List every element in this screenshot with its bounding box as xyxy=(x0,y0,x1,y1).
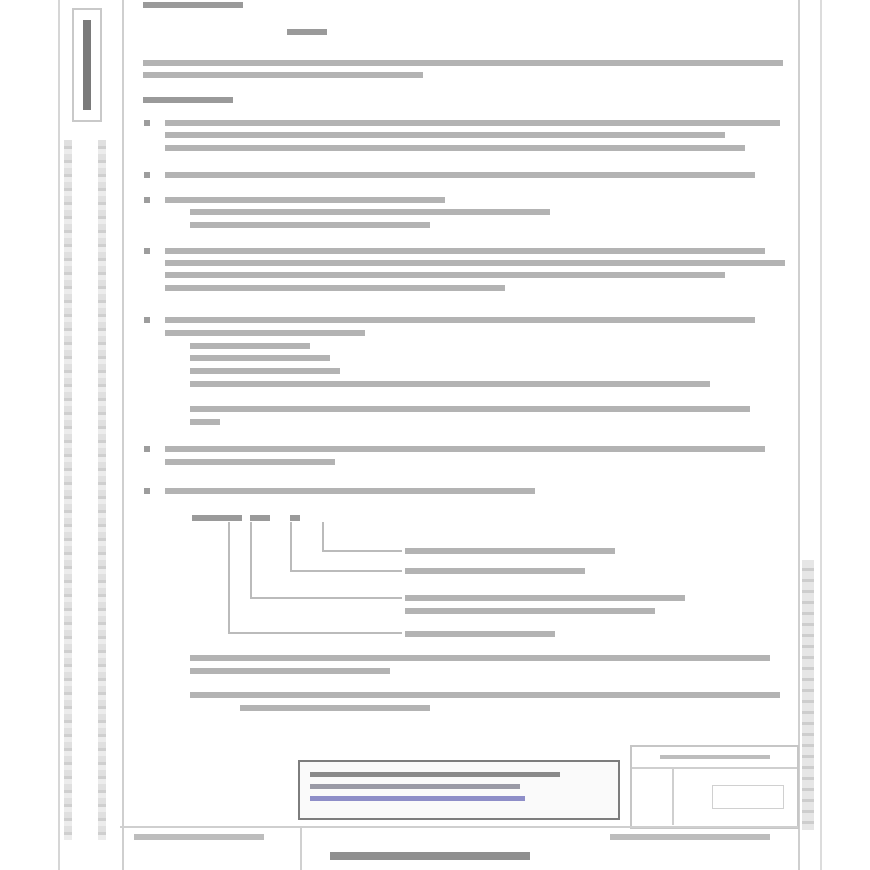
text-line xyxy=(405,631,555,637)
text-line xyxy=(190,381,710,387)
text-line xyxy=(190,368,340,374)
text-line xyxy=(190,209,550,215)
text-line xyxy=(405,595,685,601)
text-line xyxy=(190,692,780,698)
text-line xyxy=(405,568,585,574)
text-line xyxy=(143,2,243,8)
text-line xyxy=(165,197,445,203)
text-line xyxy=(240,705,430,711)
item-marker xyxy=(144,488,150,494)
revision-strip xyxy=(802,560,814,830)
item-marker xyxy=(144,197,150,203)
vertical-logo xyxy=(72,8,102,122)
left-margin-text-strip xyxy=(64,140,72,840)
text-line xyxy=(290,515,300,521)
text-line xyxy=(143,72,423,78)
text-line xyxy=(165,488,535,494)
item-marker xyxy=(144,248,150,254)
text-line xyxy=(165,459,335,465)
left-margin-text-strip-2 xyxy=(98,140,106,840)
text-line xyxy=(190,355,330,361)
footer-title xyxy=(330,852,530,860)
text-line xyxy=(143,97,233,103)
text-line xyxy=(143,60,783,66)
item-marker xyxy=(144,446,150,452)
hyperlink[interactable] xyxy=(310,796,525,801)
title-block xyxy=(630,745,799,829)
text-line xyxy=(165,248,765,254)
text-line xyxy=(165,446,765,452)
item-marker xyxy=(144,317,150,323)
text-line xyxy=(287,29,327,35)
item-marker xyxy=(144,120,150,126)
text-line xyxy=(192,515,242,521)
text-line xyxy=(165,317,755,323)
text-line xyxy=(190,343,310,349)
text-line xyxy=(190,406,750,412)
text-line xyxy=(190,655,770,661)
text-line xyxy=(165,120,780,126)
text-line xyxy=(165,145,745,151)
text-line xyxy=(190,668,390,674)
text-line xyxy=(405,608,655,614)
item-marker xyxy=(144,172,150,178)
text-line xyxy=(405,548,615,554)
footer xyxy=(120,826,798,870)
text-line xyxy=(165,172,755,178)
text-line xyxy=(190,222,430,228)
text-line xyxy=(190,419,220,425)
link-box[interactable] xyxy=(298,760,620,820)
text-line xyxy=(165,330,365,336)
text-line xyxy=(165,260,785,266)
text-line xyxy=(250,515,270,521)
text-line xyxy=(165,132,725,138)
text-line xyxy=(165,285,505,291)
document-page xyxy=(0,0,870,870)
text-line xyxy=(165,272,725,278)
